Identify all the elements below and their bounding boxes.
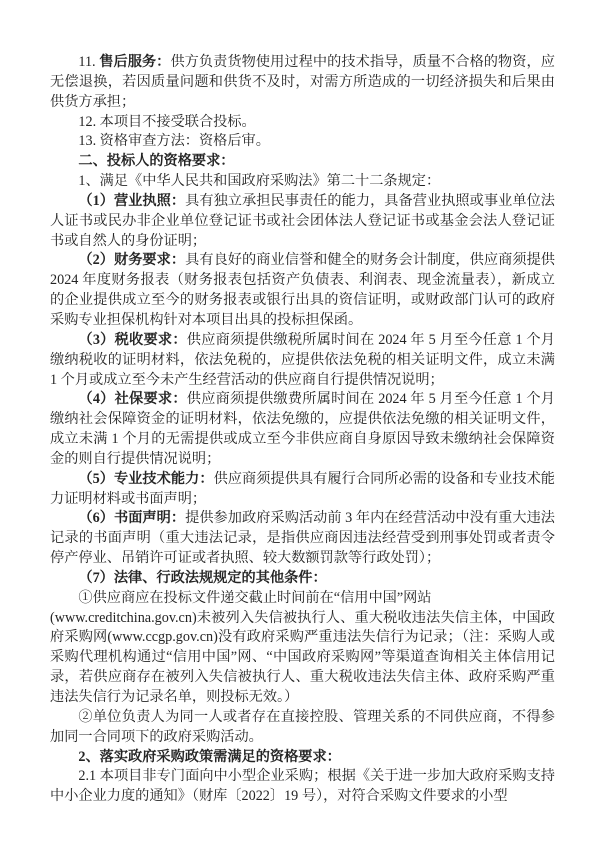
clause-label: （1）营业执照：	[78, 193, 185, 209]
heading-procurement-policy-requirements: 2、落实政府采购政策需满足的资格要求：	[50, 748, 555, 768]
clause-same-responsible-person: ②单位负责人为同一人或者存在直接控股、管理关系的不同供应商，不得参加同一合同项下…	[50, 708, 555, 748]
clause-text: ①供应商应在投标文件递交截止时间前在“信用中国”网站 (www.creditch…	[50, 590, 555, 705]
clause-text: ②单位负责人为同一人或者存在直接控股、管理关系的不同供应商，不得参加同一合同项下…	[50, 709, 555, 745]
clause-label: （5）专业技术能力：	[78, 471, 213, 487]
clause-aftersales-service: 11. 售后服务：供方负责货物使用过程中的技术指导，质量不合格的物资，应无偿退换…	[50, 53, 555, 113]
clause-label: 售后服务：	[99, 54, 170, 70]
clause-business-license: （1）营业执照：具有独立承担民事责任的能力，具备营业执照或事业单位法人证书或民办…	[50, 192, 555, 252]
document-page: 11. 售后服务：供方负责货物使用过程中的技术指导，质量不合格的物资，应无偿退换…	[0, 0, 600, 849]
heading-text: 2、落实政府采购政策需满足的资格要求：	[78, 749, 340, 765]
clause-professional-technical-ability: （5）专业技术能力：供应商须提供具有履行合同所必需的设备和专业技术能力证明材料或…	[50, 470, 555, 510]
clause-credit-china-records: ①供应商应在投标文件递交截止时间前在“信用中国”网站 (www.creditch…	[50, 589, 555, 708]
clause-law-article-22: 1、满足《中华人民共和国政府采购法》第二十二条规定：	[50, 172, 555, 192]
clause-text: 1、满足《中华人民共和国政府采购法》第二十二条规定：	[78, 173, 440, 189]
heading-text: （7）法律、行政法规规定的其他条件：	[78, 570, 326, 586]
clause-text: 13. 资格审查方法：资格后审。	[78, 133, 270, 149]
heading-text: 二、投标人的资格要求：	[78, 153, 234, 169]
clause-label: （2）财务要求：	[78, 252, 185, 268]
clause-text: 12. 本项目不接受联合投标。	[78, 114, 255, 130]
clause-number: 11.	[78, 54, 99, 70]
clause-no-consortium-bids: 12. 本项目不接受联合投标。	[50, 113, 555, 133]
clause-tax-requirements: （3）税收要求：供应商须提供缴税所属时间在 2024 年 5 月至今任意 1 个…	[50, 331, 555, 391]
clause-qualification-review-method: 13. 资格审查方法：资格后审。	[50, 132, 555, 152]
clause-financial-requirements: （2）财务要求：具有良好的商业信誉和健全的财务会计制度，供应商须提供 2024 …	[50, 251, 555, 330]
heading-bidder-qualification-requirements: 二、投标人的资格要求：	[50, 152, 555, 172]
clause-sme-procurement: 2.1 本项目非专门面向中小型企业采购；根据《关于进一步加大政府采购支持中小企业…	[50, 767, 555, 807]
clause-label: （3）税收要求：	[78, 332, 186, 348]
clause-label: （6）书面声明：	[78, 510, 185, 526]
heading-other-legal-conditions: （7）法律、行政法规规定的其他条件：	[50, 569, 555, 589]
clause-text: 2.1 本项目非专门面向中小型企业采购；根据《关于进一步加大政府采购支持中小企业…	[50, 768, 555, 804]
clause-written-declaration: （6）书面声明：提供参加政府采购活动前 3 年内在经营活动中没有重大违法记录的书…	[50, 509, 555, 569]
clause-social-insurance-requirements: （4）社保要求：供应商须提供缴费所属时间在 2024 年 5 月至今任意 1 个…	[50, 390, 555, 469]
clause-label: （4）社保要求：	[78, 391, 186, 407]
